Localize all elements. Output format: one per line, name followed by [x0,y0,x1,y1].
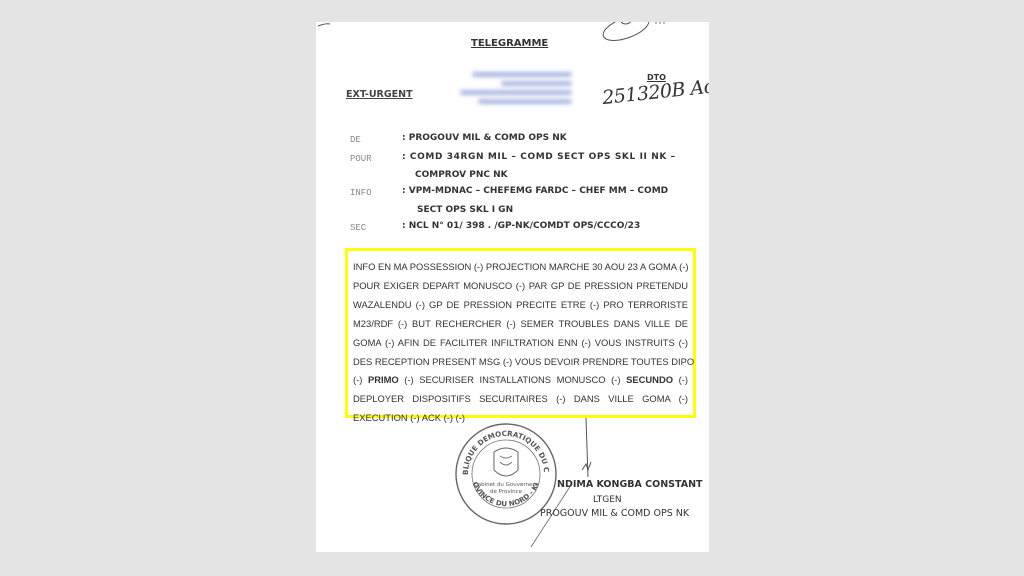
signatory-rank: LTGEN [593,495,622,505]
coat-of-arms-icon [494,448,518,476]
stamp-inner-line2: de Province [490,489,523,495]
telegram-document-page: TELEGRAMME EXT-URGENT DTO 251320B Aou2 D… [316,22,709,552]
message-line: GOMA (-) AFIN DE FACILITER INFILTRATION … [353,334,688,353]
message-line: DEPLOYER DISPOSITIFS SECURITAIRES (-) DA… [353,390,688,409]
header-value-info-cont: SECT OPS SKL I GN [417,205,513,215]
header-label-sec: SEC [350,223,366,233]
document-title: TELEGRAMME [471,38,548,49]
message-line: M23/RDF (-) BUT RECHERCHER (-) SEMER TRO… [353,315,688,334]
message-line: (-) PRIMO (-) SECURISER INSTALLATIONS MO… [353,371,688,390]
header-value-pour: : COMD 34RGN MIL – COMD SECT OPS SKL II … [402,152,676,162]
signatory-title: PROGOUV MIL & COMD OPS NK [540,508,689,519]
stamp-inner-line1: Cabinet du Gouverneur [474,482,539,488]
message-text: INFO EN MA POSSESSION (-) PROJECTION MAR… [353,258,688,428]
message-line: DES RECEPTION PRESENT MSG (-) VOUS DEVOI… [353,353,688,372]
header-label-info: INFO [350,188,372,198]
message-line: POUR EXIGER DEPART MONUSCO (-) PAR GP DE… [353,277,688,296]
message-line: INFO EN MA POSSESSION (-) PROJECTION MAR… [353,258,688,277]
header-value-sec: : NCL N° 01/ 398 . /GP-NK/COMDT OPS/CCCO… [402,221,640,231]
message-line: WAZALENDU (-) GP DE PRESSION PRECITE ETR… [353,296,688,315]
header-value-pour-cont: COMPROV PNC NK [415,170,508,180]
header-label-de: DE [350,135,361,145]
signatory-name: NDIMA KONGBA CONSTANT [557,479,703,490]
urgency-label: EXT-URGENT [346,89,413,100]
header-value-info: : VPM-MDNAC – CHEFEMG FARDC – CHEF MM – … [402,186,668,196]
redacted-block [454,68,572,112]
highlighted-message-body: INFO EN MA POSSESSION (-) PROJECTION MAR… [345,248,696,418]
header-label-pour: POUR [350,154,372,164]
header-value-de: : PROGOUV MIL & COMD OPS NK [402,133,567,143]
